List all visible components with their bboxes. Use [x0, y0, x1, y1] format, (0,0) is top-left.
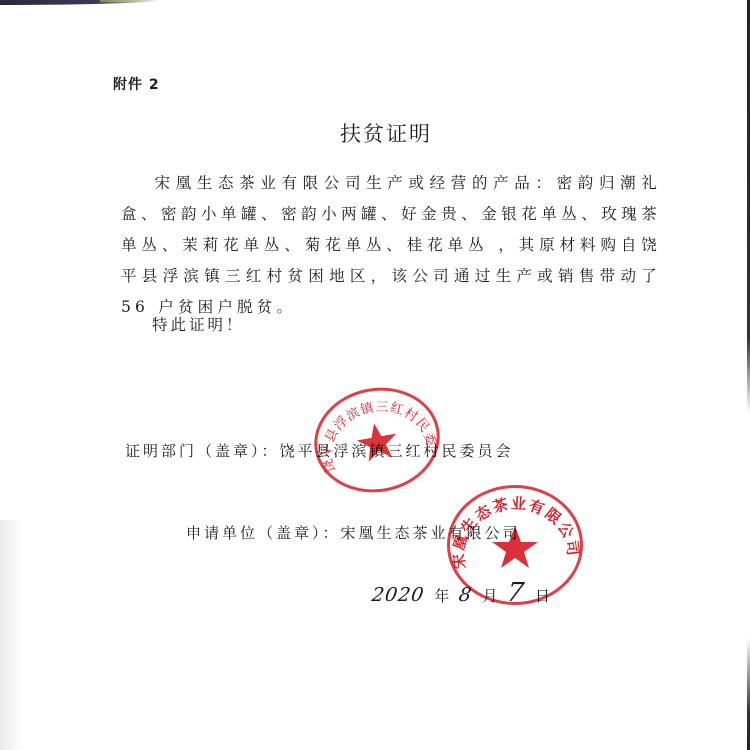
- closing-statement: 特此证明！: [152, 313, 245, 335]
- date-year: 2020: [370, 584, 425, 606]
- document-title: 扶贫证明: [0, 118, 750, 148]
- seal-star-icon: 饶平县浮滨镇三红村民委员会: [309, 381, 444, 498]
- date-year-unit: 年: [434, 585, 449, 606]
- document-page: 附件 2 扶贫证明 宋凰生态茶业有限公司生产或经营的产品：密韵归潮礼盒、密韵小单…: [0, 0, 750, 750]
- seal-star-icon: 宋凰生态茶业有限公司: [450, 488, 580, 602]
- scan-edge-tint: [100, 0, 140, 2]
- applicant-unit-label: 申请单位（盖章）：: [186, 524, 341, 542]
- attachment-label: 附件 2: [113, 74, 160, 94]
- scan-edge-left-shade: [0, 520, 25, 750]
- body-paragraph-text: 宋凰生态茶业有限公司生产或经营的产品：密韵归潮礼盒、密韵小单罐、密韵小两罐、好金…: [121, 174, 661, 316]
- company-seal: 宋凰生态茶业有限公司: [447, 485, 583, 605]
- village-committee-seal: 饶平县浮滨镇三红村民委员会: [306, 378, 448, 502]
- body-paragraph: 宋凰生态茶业有限公司生产或经营的产品：密韵归潮礼盒、密韵小单罐、密韵小两罐、好金…: [121, 168, 661, 323]
- certifying-department-label: 证明部门（盖章）：: [125, 442, 280, 460]
